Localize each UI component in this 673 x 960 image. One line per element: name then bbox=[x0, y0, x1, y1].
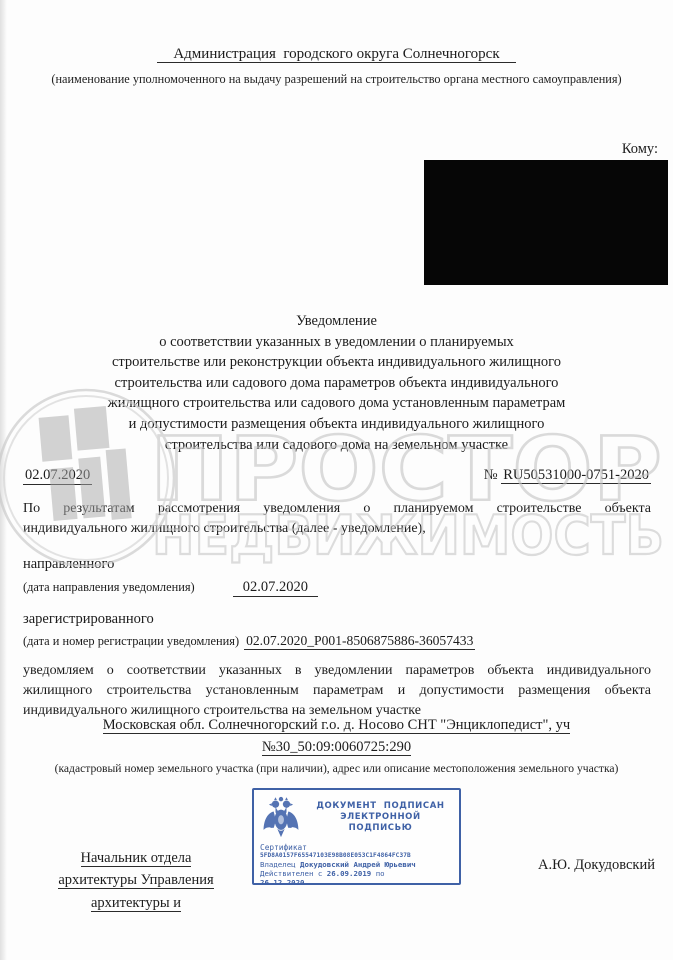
number-sign: № bbox=[484, 467, 498, 483]
title-line: Уведомление bbox=[30, 311, 643, 332]
paragraph-line: жилищного строительства установленным па… bbox=[23, 681, 651, 701]
certificate-validity-end: 26.12.2020 bbox=[260, 878, 453, 885]
registered-label: зарегистрированного bbox=[23, 611, 154, 628]
certificate-validity: Действителен с 26.09.2019 по bbox=[260, 869, 453, 878]
redacted-recipient-box bbox=[424, 160, 668, 285]
document-number: RU50531000-0751-2020 bbox=[501, 467, 651, 484]
title-line: строительства или садового дома на земел… bbox=[30, 435, 643, 456]
paragraph-notice: уведомляем о соответствии указанных в ув… bbox=[23, 661, 651, 722]
document-title: Уведомление о соответствии указанных в у… bbox=[30, 311, 643, 455]
certificate-hex: 5FD8A0157F65547103E98B08E053C1F4864FC37B bbox=[260, 852, 453, 860]
stamp-title: ДОКУМЕНТ ПОДПИСАН ЭЛЕКТРОННОЙ ПОДПИСЬЮ bbox=[308, 801, 453, 834]
issuing-authority-line: Администрация городского округа Солнечно… bbox=[0, 46, 673, 63]
paragraph-line: индивидуального жилищного строительства … bbox=[23, 519, 651, 539]
signer-name: А.Ю. Докудовский bbox=[538, 857, 655, 874]
electronic-signature-stamp: ДОКУМЕНТ ПОДПИСАН ЭЛЕКТРОННОЙ ПОДПИСЬЮ С… bbox=[252, 788, 461, 885]
title-line: строительства или садового дома параметр… bbox=[30, 373, 643, 394]
issuing-authority-caption: (наименование уполномоченного на выдачу … bbox=[0, 72, 673, 87]
sent-label: направленного bbox=[23, 556, 114, 573]
date-number-row: 02.07.2020 № RU50531000-0751-2020 bbox=[23, 467, 651, 485]
registered-row: (дата и номер регистрации уведомления) 0… bbox=[23, 633, 475, 650]
certificate-label: Сертификат bbox=[260, 843, 453, 852]
document-number-wrap: № RU50531000-0751-2020 bbox=[484, 467, 651, 485]
sent-row: (дата направления уведомления) 02.07.202… bbox=[23, 579, 318, 597]
sent-date: 02.07.2020 bbox=[233, 579, 318, 597]
scan-edge-artifact bbox=[0, 0, 7, 960]
paragraph-result: По результатам рассмотрения уведомления … bbox=[23, 499, 651, 539]
document-date: 02.07.2020 bbox=[23, 467, 92, 485]
registered-caption: (дата и номер регистрации уведомления) bbox=[23, 634, 239, 649]
paragraph-line: уведомляем о соответствии указанных в ув… bbox=[23, 661, 651, 681]
sent-caption: (дата направления уведомления) bbox=[23, 580, 195, 595]
registration-number: 02.07.2020_P001-8506875886-36057433 bbox=[244, 633, 475, 650]
signer-position: Начальник отдела архитектуры Управления … bbox=[30, 847, 242, 914]
title-line: жилищного строительства или садового дом… bbox=[30, 393, 643, 414]
land-plot-address-line1: Московская обл. Солнечногорский г.о. д. … bbox=[0, 717, 673, 734]
title-line: строительстве или реконструкции объекта … bbox=[30, 352, 643, 373]
certificate-owner: Владелец Докудовский Андрей Юрьевич bbox=[260, 860, 453, 869]
komu-label: Кому: bbox=[622, 141, 658, 158]
issuing-authority-name: Администрация городского округа Солнечно… bbox=[157, 46, 515, 63]
title-line: и допустимости размещения объекта индиви… bbox=[30, 414, 643, 435]
address-caption: (кадастровый номер земельного участка (п… bbox=[0, 762, 673, 775]
coat-of-arms-eagle-icon bbox=[260, 795, 302, 839]
paragraph-line: По результатам рассмотрения уведомления … bbox=[23, 499, 651, 519]
stamp-details: Сертификат 5FD8A0157F65547103E98B08E053C… bbox=[260, 843, 453, 885]
land-plot-address-line2: №30_50:09:0060725:290 bbox=[0, 739, 673, 756]
stamp-header: ДОКУМЕНТ ПОДПИСАН ЭЛЕКТРОННОЙ ПОДПИСЬЮ bbox=[260, 794, 453, 840]
title-line: о соответствии указанных в уведомлении о… bbox=[30, 332, 643, 353]
